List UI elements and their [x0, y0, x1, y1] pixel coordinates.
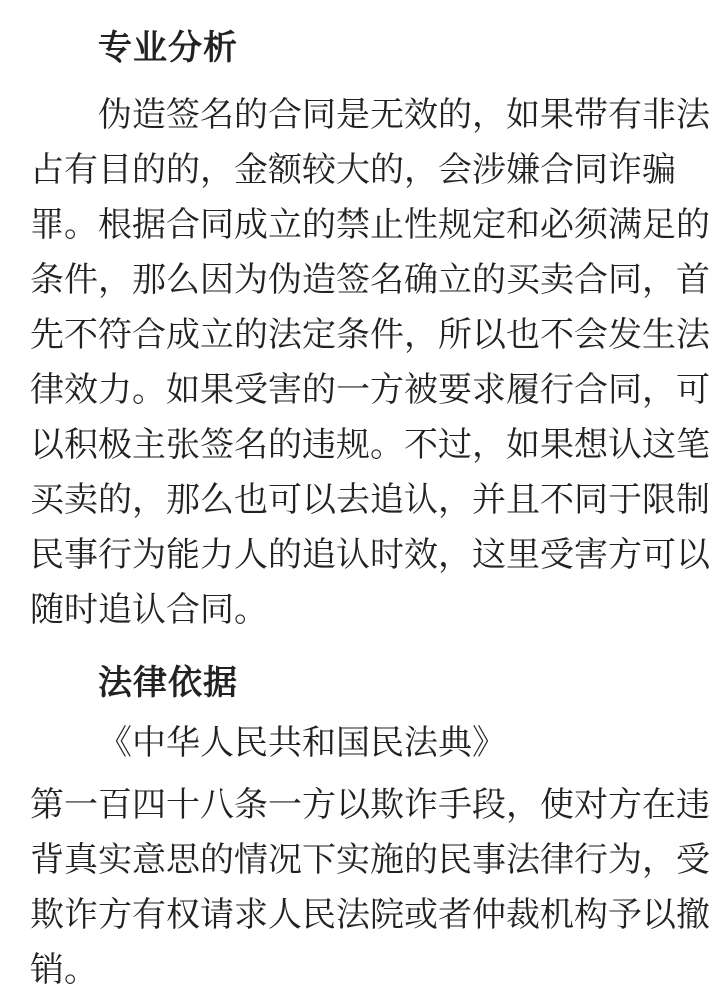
analysis-line: 伪造签名的合同是无效的，如果带有非法 — [30, 88, 700, 143]
legal-basis-line: 第一百四十八条一方以欺诈手段，使对方在违 — [30, 778, 700, 833]
analysis-line: 以积极主张签名的违规。不过，如果想认这笔 — [30, 418, 700, 473]
legal-basis-line: 背真实意思的情况下实施的民事法律行为，受 — [30, 833, 700, 888]
analysis-line: 罪。根据合同成立的禁止性规定和必须满足的 — [30, 198, 700, 253]
legal-basis-line: 销。 — [30, 943, 700, 998]
article-body: 专业分析 伪造签名的合同是无效的，如果带有非法 占有目的的，金额较大的，会涉嫌合… — [0, 0, 720, 998]
section-heading-analysis: 专业分析 — [98, 21, 700, 76]
statute-citation: 《中华人民共和国民法典》 — [30, 716, 700, 771]
analysis-line: 买卖的，那么也可以去追认，并且不同于限制 — [30, 473, 700, 528]
section-heading-legal-basis: 法律依据 — [98, 656, 700, 711]
analysis-line: 条件，那么因为伪造签名确立的买卖合同，首 — [30, 253, 700, 308]
analysis-line: 随时追认合同。 — [30, 583, 700, 638]
analysis-paragraph: 伪造签名的合同是无效的，如果带有非法 占有目的的，金额较大的，会涉嫌合同诈骗 罪… — [30, 88, 700, 638]
analysis-line: 占有目的的，金额较大的，会涉嫌合同诈骗 — [30, 143, 700, 198]
legal-basis-paragraph: 第一百四十八条一方以欺诈手段，使对方在违 背真实意思的情况下实施的民事法律行为，… — [30, 778, 700, 998]
analysis-line: 民事行为能力人的追认时效，这里受害方可以 — [30, 528, 700, 583]
legal-basis-line: 欺诈方有权请求人民法院或者仲裁机构予以撤 — [30, 888, 700, 943]
analysis-line: 先不符合成立的法定条件，所以也不会发生法 — [30, 308, 700, 363]
analysis-line: 律效力。如果受害的一方被要求履行合同，可 — [30, 363, 700, 418]
